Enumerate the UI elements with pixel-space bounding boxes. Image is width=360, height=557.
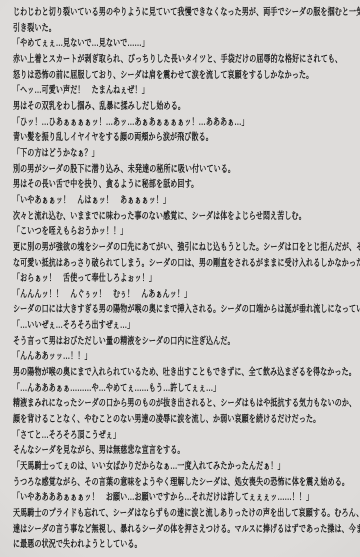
text-line: 天馬騎士のプライドも忘れて、シーダはならずもの達に涙と流しありったけの声を出して…	[13, 506, 263, 522]
text-line: 「ひッ！…ひあぁぁぁぁッ！…あッ…あぁあぁぁぁぁッ！…あああぁ…」	[13, 115, 263, 131]
text-line: に最悪の状況で失われようとしている。	[13, 537, 263, 553]
text-line: 更に別の男が強欲の塊をシーダの口先にあてがい、強引にねじ込もうとした。シーダは口…	[13, 240, 263, 256]
text-line: 青い髪を振り乱しイヤイヤをする顔の両頬から涙が飛び散る。	[13, 130, 263, 146]
text-line: 「天馬騎士ってぇのは、いい女ばかりだからなぁ…一度入れてみたかったんだぁ！」	[13, 459, 263, 475]
text-line: 「おらぁッ！ 舌使って奉仕しろよぉッ！」	[13, 271, 263, 287]
text-line: 別の男がシーダの股下に潜り込み、未発達の秘所に吸い付いている。	[13, 162, 263, 178]
text-line: 次々と流れ込む、いままでに味わった事のない感覚に、シーダは体をよじらせ悶え苦しむ…	[13, 209, 263, 225]
text-line: そんなシーダを見ながら、男は無慈悲な宣言をする。	[13, 443, 263, 459]
text-line: 「さてと…そろそろ頂こうぜぇ」	[13, 428, 263, 444]
text-line: 男はその双乳をわし掴み、乱暴に揉みしだし始める。	[13, 99, 263, 115]
text-line: 引き裂いた。	[13, 21, 263, 37]
text-line: 怒りは恐怖の前に屈服しており、シーダは肩を震わせて涙を流して哀願をするしかなかっ…	[13, 68, 263, 84]
text-line: シーダの口には大きすぎる男の陽物が喉の奥にまで挿入される。シーダの口端からは涎が…	[13, 302, 263, 318]
text-line: 「いやあぁぁッ！ んはぁッ！ あぁぁぁッ！」	[13, 193, 263, 209]
text-line: 「やめてぇぇ…見ないで…見ないで……」	[13, 36, 263, 52]
story-text-page: じわじわと切り裂いている男のやりように見ていて我慢できなくなった男が、両手でシー…	[0, 0, 360, 557]
text-line: な可愛い抵抗はあっさり破られてしまう。シーダの口は、男の剛直をされるがままに受け…	[13, 256, 263, 272]
text-line: 「ヘッ…可愛い声だ！ たまんねぇぜ！」	[13, 83, 263, 99]
text-line: 「いやああああぁぁぁッ！ お願い…お願いですから…それだけは許してぇぇぇッ……！…	[13, 490, 263, 506]
text-line: 精液まみれになったシーダの口から男のものが抜き出されると、シーダはもはや抵抗する…	[13, 396, 263, 412]
text-line: 「下の方はどうかなぁ？」	[13, 146, 263, 162]
text-line: 「こいつを咥えもらおうかッ！！」	[13, 224, 263, 240]
text-line: 男はその長い舌で中を抉り、貪るように秘部を舐め回す。	[13, 177, 263, 193]
text-line: 達はシーダの言う事など無視し、暴れるシーダの体を押さえつける。マルスに捧げるはず…	[13, 522, 263, 538]
text-line: じわじわと切り裂いている男のやりように見ていて我慢できなくなった男が、両手でシー…	[13, 5, 263, 21]
text-line: 「…いいぜぇ…そろそろ出すぜぇ…」	[13, 318, 263, 334]
text-line: 男の陽物が喉の奥にまで入れられているため、吐き出すこともできずに、全て飲み込まざ…	[13, 365, 263, 381]
text-line: 「…んあああぁぁ………や…やめてぇ……もう…許してぇぇ…」	[13, 381, 263, 397]
text-line: うつろな感覚ながら、その言葉の意味をようやく理解したシーダは、処女喪失の恐怖に体…	[13, 475, 263, 491]
text-line: 赤い上着とスカートが剥ぎ取られ、ぴっちりした長いタイツと、手袋だけの屈辱的な格好…	[13, 52, 263, 68]
text-line: 顔を背けることなく、やむことのない男達の凌辱に涙を流し、か弱い哀願を続けるだけだ…	[13, 412, 263, 428]
text-line: 「んんああッッ…！！」	[13, 349, 263, 365]
text-line: 「んんんッ！！ んぐぅッ！ むぅ！ んあぁんッ！」	[13, 287, 263, 303]
text-line: そう言って男はおびただしい量の精液をシーダの口内に注ぎ込んだ。	[13, 334, 263, 350]
